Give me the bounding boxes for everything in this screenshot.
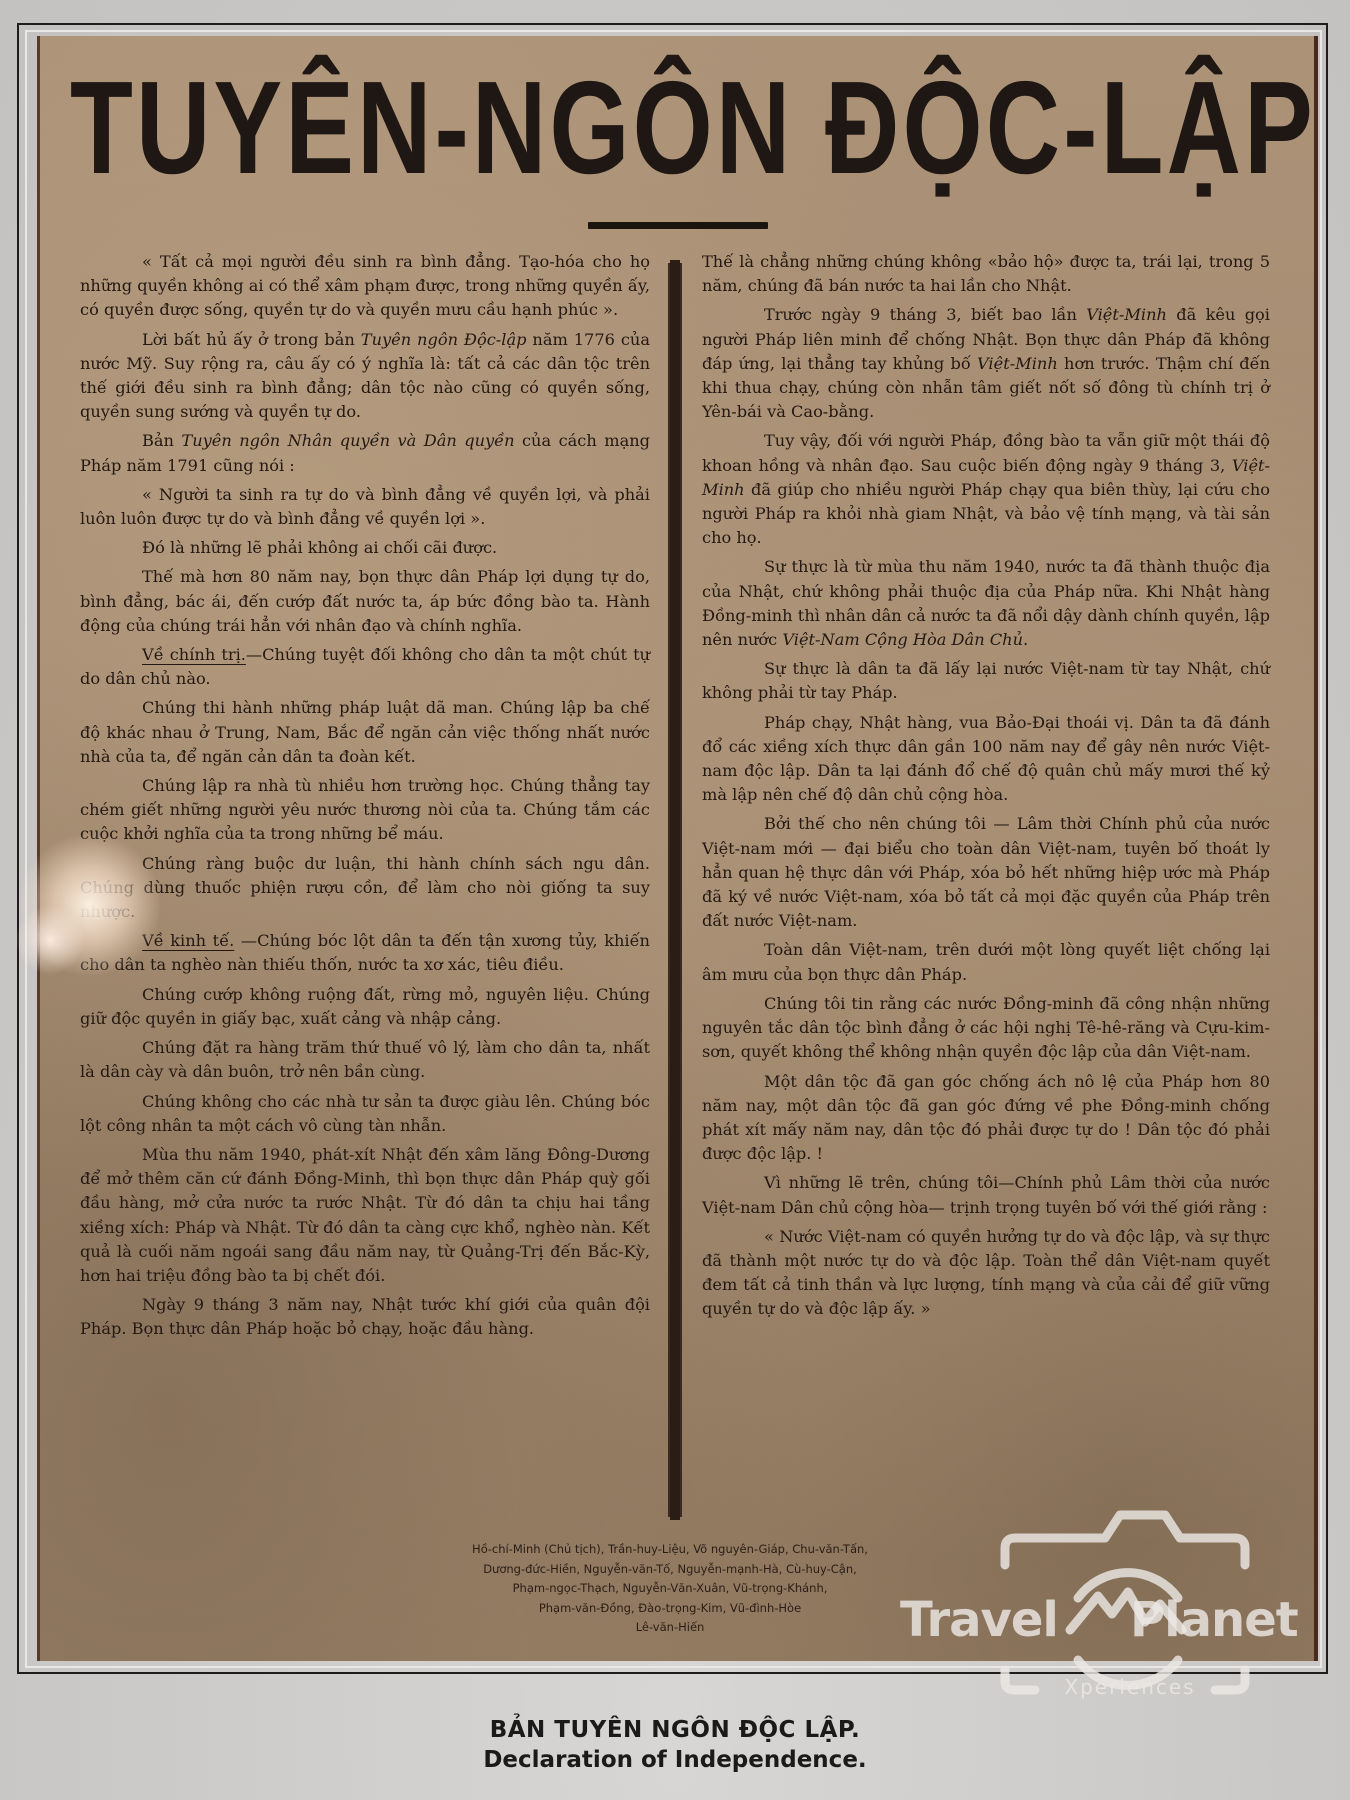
paragraph: Bởi thế cho nên chúng tôi — Lâm thời Chí… (702, 812, 1270, 933)
paragraph: Trước ngày 9 tháng 3, biết bao lần Việt-… (702, 303, 1270, 424)
caption-vietnamese: BẢN TUYÊN NGÔN ĐỘC LẬP. (0, 1715, 1350, 1745)
column-divider (670, 260, 680, 1520)
paragraph: Thế mà hơn 80 năm nay, bọn thực dân Pháp… (80, 565, 650, 638)
signatories: Hồ-chí-Minh (Chủ tịch), Trần-huy-Liệu, V… (420, 1540, 920, 1638)
paragraph: Tuy vậy, đối với người Pháp, đồng bào ta… (702, 429, 1270, 550)
paragraph: Pháp chạy, Nhật hàng, vua Bảo-Đại thoái … (702, 711, 1270, 808)
paragraph: Chúng ràng buộc dư luận, thi hành chính … (80, 852, 650, 925)
paragraph: Về kinh tế. —Chúng bóc lột dân ta đến tậ… (80, 929, 650, 977)
paragraph: Chúng thi hành những pháp luật dã man. C… (80, 696, 650, 769)
document-headline: TUYÊN-NGÔN ĐỘC-LẬP (70, 58, 1014, 198)
signatory-line: Dương-đức-Hiền, Nguyễn-văn-Tố, Nguyễn-mạ… (420, 1560, 920, 1580)
paragraph: « Người ta sinh ra tự do và bình đẳng về… (80, 483, 650, 531)
paragraph: « Tất cả mọi người đều sinh ra bình đẳng… (80, 250, 650, 323)
right-column: Thế là chẳng những chúng không «bảo hộ» … (702, 250, 1270, 1327)
paragraph: Đó là những lẽ phải không ai chối cãi đư… (80, 536, 650, 560)
paragraph: Vì những lẽ trên, chúng tôi—Chính phủ Lâ… (702, 1171, 1270, 1219)
museum-caption: BẢN TUYÊN NGÔN ĐỘC LẬP. Declaration of I… (0, 1715, 1350, 1775)
paragraph: Về chính trị.—Chúng tuyệt đối không cho … (80, 643, 650, 691)
paragraph: Mùa thu năm 1940, phát-xít Nhật đến xâm … (80, 1143, 650, 1288)
signatory-line: Lê-văn-Hiến (420, 1618, 920, 1638)
paragraph: Chúng đặt ra hàng trăm thứ thuế vô lý, l… (80, 1036, 650, 1084)
paragraph: Toàn dân Việt-nam, trên dưới một lòng qu… (702, 938, 1270, 986)
paragraph: Một dân tộc đã gan góc chống ách nô lệ c… (702, 1070, 1270, 1167)
signatory-line: Hồ-chí-Minh (Chủ tịch), Trần-huy-Liệu, V… (420, 1540, 920, 1560)
paragraph: Ngày 9 tháng 3 năm nay, Nhật tước khí gi… (80, 1293, 650, 1341)
signatory-line: Phạm-ngọc-Thạch, Nguyễn-Văn-Xuân, Vũ-trọ… (420, 1579, 920, 1599)
headline-rule (588, 222, 768, 229)
paragraph: Thế là chẳng những chúng không «bảo hộ» … (702, 250, 1270, 298)
paragraph: Sự thực là dân ta đã lấy lại nước Việt-n… (702, 657, 1270, 705)
caption-english: Declaration of Independence. (0, 1745, 1350, 1775)
paragraph: Sự thực là từ mùa thu năm 1940, nước ta … (702, 555, 1270, 652)
paragraph: Lời bất hủ ấy ở trong bản Tuyên ngôn Độc… (80, 328, 650, 425)
signatory-line: Phạm-văn-Đồng, Đào-trọng-Kim, Vũ-đình-Hò… (420, 1599, 920, 1619)
paragraph: « Nước Việt-nam có quyền hưởng tự do và … (702, 1225, 1270, 1322)
paragraph: Chúng cướp không ruộng đất, rừng mỏ, ngu… (80, 983, 650, 1031)
paragraph: Chúng tôi tin rằng các nước Đồng-minh đã… (702, 992, 1270, 1065)
paragraph: Chúng lập ra nhà tù nhiều hơn trường học… (80, 774, 650, 847)
paragraph: Bản Tuyên ngôn Nhân quyền và Dân quyền c… (80, 429, 650, 477)
watermark-subtitle: Xperiences (1050, 1675, 1210, 1699)
left-column: « Tất cả mọi người đều sinh ra bình đẳng… (80, 250, 650, 1347)
paragraph: Chúng không cho các nhà tư sản ta được g… (80, 1090, 650, 1138)
